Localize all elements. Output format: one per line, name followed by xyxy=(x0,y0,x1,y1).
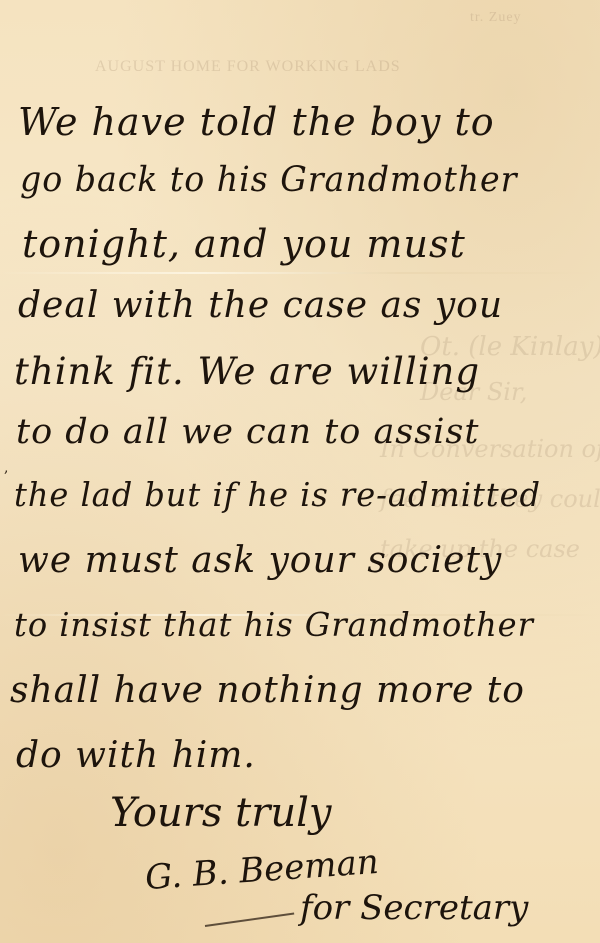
letter-page: AUGUST HOME FOR WORKING LADS tr. Zuey Ot… xyxy=(0,0,600,943)
letter-line: the lad but if he is re-admitted xyxy=(14,475,541,514)
valediction: Yours truly xyxy=(110,790,331,836)
letter-line: deal with the case as you xyxy=(18,285,503,326)
letter-line: we must ask your society xyxy=(18,540,502,581)
show-through-text: tr. Zuey xyxy=(470,10,522,26)
letter-line: shall have nothing more to xyxy=(10,670,525,711)
letter-line: We have told the boy to xyxy=(18,100,495,144)
signature-underline xyxy=(205,912,294,927)
letter-line: do with him. xyxy=(16,735,256,776)
show-through-letterhead: AUGUST HOME FOR WORKING LADS xyxy=(95,58,401,76)
paper-fold-line xyxy=(0,272,600,274)
letter-line: tonight, and you must xyxy=(22,222,466,266)
margin-mark: , xyxy=(4,460,8,476)
letter-line: think fit. We are willing xyxy=(14,350,480,393)
signatory-title: for Secretary xyxy=(300,888,528,928)
letter-line: to do all we can to assist xyxy=(16,412,479,452)
letter-line: to insist that his Grandmother xyxy=(14,605,534,644)
letter-line: go back to his Grandmother xyxy=(20,160,518,200)
